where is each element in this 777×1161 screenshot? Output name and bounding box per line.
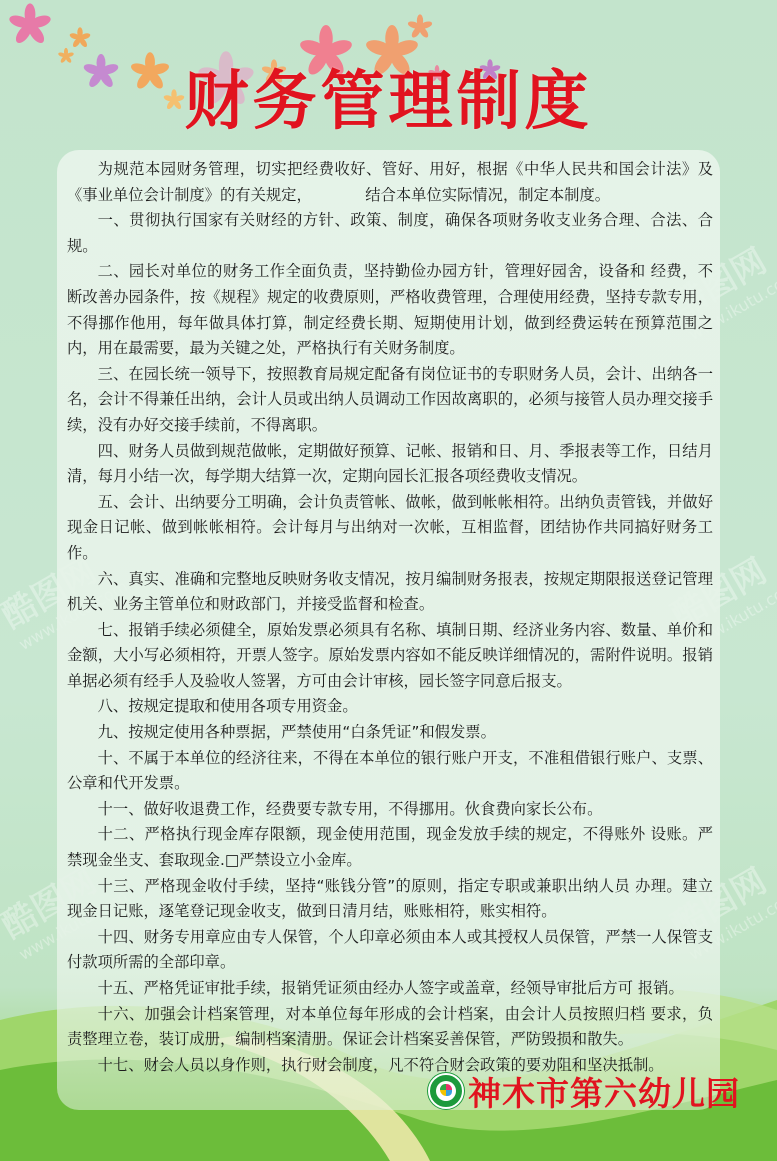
rule-7: 七、报销手续必须健全，原始发票必须具有名称、填制日期、经济业务内容、数量、单价和… [67, 618, 713, 695]
rule-2: 二、园长对单位的财务工作全面负责，坚持勤俭办园方针，管理好园舍，设备和 经费，不… [67, 259, 713, 361]
rule-6: 六、真实、准确和完整地反映财务收支情况，按月编制财务报表，按规定期限报送登记管理… [67, 567, 713, 618]
rule-4: 四、财务人员做到规范做帐，定期做好预算、记帐、报销和日、月、季报表等工作，日结月… [67, 439, 713, 490]
rule-9: 九、按规定使用各种票据，严禁使用“白条凭证”和假发票。 [67, 720, 713, 746]
school-signature: 神木市第六幼儿园 [428, 1066, 740, 1116]
regulation-body: 为规范本园财务管理，切实把经费收好、管好、用好，根据《中华人民共和国会计法》及《… [67, 157, 713, 1078]
rule-11: 十一、做好收退费工作，经费要专款专用，不得挪用。伙食费向家长公布。 [67, 797, 713, 823]
rule-5: 五、会计、出纳要分工明确，会计负责管帐、做帐，做到帐帐相符。出纳负责管钱，并做好… [67, 490, 713, 567]
rule-16: 十六、加强会计档案管理，对本单位每年形成的会计档案，由会计人员按照归档 要求，负… [67, 1002, 713, 1053]
rule-14: 十四、财务专用章应由专人保管，个人印章必须由本人或其授权人员保管，严禁一人保管支… [67, 925, 713, 976]
school-name: 神木市第六幼儿园 [468, 1068, 740, 1115]
intro-paragraph: 为规范本园财务管理，切实把经费收好、管好、用好，根据《中华人民共和国会计法》及《… [67, 157, 713, 208]
rule-8: 八、按规定提取和使用各项专用资金。 [67, 694, 713, 720]
rule-15: 十五、严格凭证审批手续，报销凭证须由经办人签字或盖章，经领导审批后方可 报销。 [67, 976, 713, 1002]
rule-12: 十二、严格执行现金库存限额，现金使用范围，现金发放手续的规定，不得账外 设账。严… [67, 822, 713, 873]
rule-13: 十三、严格现金收付手续，坚持“账钱分管”的原则，指定专职或兼职出纳人员 办理。建… [67, 874, 713, 925]
rule-1: 一、贯彻执行国家有关财经的方针、政策、制度，确保各项财务收支业务合理、合法、合规… [67, 208, 713, 259]
rule-3: 三、在园长统一领导下，按照教育局规定配备有岗位证书的专职财务人员，会计、出纳各一… [67, 362, 713, 439]
poster-title: 财务管理制度 [0, 64, 777, 140]
kindergarten-logo-icon [428, 1073, 464, 1109]
rule-10: 十、不属于本单位的经济往来，不得在本单位的银行账户开支，不准租借银行账户、支票、… [67, 746, 713, 797]
